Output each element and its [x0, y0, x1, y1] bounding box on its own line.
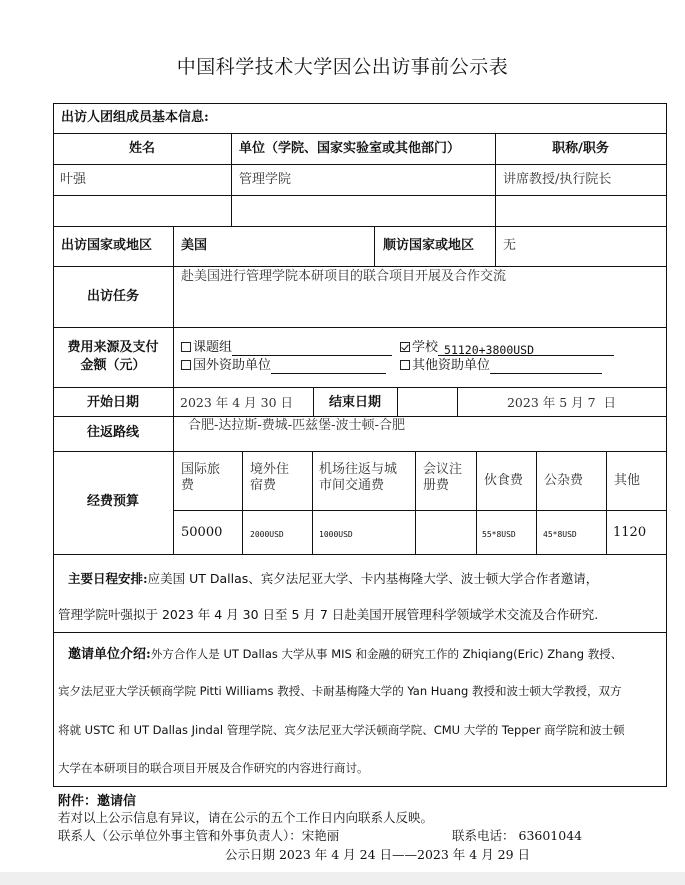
- header-unit: 单位（学院、国家实验室或其他部门）: [239, 141, 460, 157]
- member-title: 讲席教授/执行院长: [503, 172, 611, 188]
- funding-option-research-group[interactable]: 课题组: [181, 340, 392, 356]
- budget-header-conference: 会议注册费: [423, 462, 462, 494]
- transit-label: 顺访国家或地区: [383, 238, 474, 254]
- checkbox-unchecked-icon[interactable]: [181, 360, 191, 370]
- member-unit: 管理学院: [239, 172, 291, 188]
- budget-header-intl-travel: 国际旅费: [181, 462, 220, 494]
- route-label: 往返路线: [53, 425, 173, 441]
- checkbox-checked-icon[interactable]: [400, 342, 410, 352]
- budget-value-transport: 1000USD: [319, 527, 353, 543]
- header-name: 姓名: [53, 141, 231, 157]
- funding-option-school[interactable]: 学校51120+3800USD: [400, 340, 614, 356]
- member-name: 叶强: [60, 172, 86, 188]
- destination-label: 出访国家或地区: [61, 238, 152, 254]
- page-title: 中国科学技术大学因公出访事前公示表: [0, 52, 685, 79]
- attachment-label: 附件：邀请信: [58, 790, 136, 809]
- start-date-value: 2023 年 4 月 30 日: [180, 395, 293, 411]
- destination-value: 美国: [181, 238, 207, 254]
- task-label: 出访任务: [53, 289, 173, 305]
- header-title: 职称/职务: [495, 141, 666, 157]
- budget-header-meals: 伙食费: [484, 473, 523, 489]
- contact-person: 联系人（公示单位外事主管和外事负责人）：宋艳丽: [58, 826, 339, 844]
- checkbox-unchecked-icon[interactable]: [181, 342, 191, 352]
- invitation-line-3: 将就 USTC 和 UT Dallas Jindal 管理学院、宾夕法尼亚大学沃…: [58, 722, 625, 738]
- invitation-line-1: 邀请单位介绍:外方合作人是 UT Dallas 大学从事 MIS 和金融的研究工…: [68, 643, 622, 662]
- schedule-line-2: 管理学院叶强拟于 2023 年 4 月 30 日至 5 月 7 日赴美国开展管理…: [58, 605, 598, 623]
- school-amount: 51120+3800USD: [438, 344, 614, 356]
- funding-label-1: 费用来源及支付: [53, 340, 173, 356]
- budget-value-other: 1120: [613, 525, 646, 541]
- objection-notice: 若对以上公示信息有异议，请在公示的五个工作日内向联系人反映。: [58, 808, 433, 826]
- checkbox-unchecked-icon[interactable]: [400, 360, 410, 370]
- invitation-label: 邀请单位介绍:: [68, 647, 151, 662]
- funding-option-other-sponsor[interactable]: 其他资助单位: [400, 358, 602, 374]
- budget-header-transport: 机场往返与城市间交通费: [319, 462, 397, 494]
- amount-blank: [271, 361, 386, 374]
- start-date-label: 开始日期: [53, 395, 173, 411]
- members-section-label: 出访人团组成员基本信息:: [61, 110, 209, 126]
- budget-header-other: 其他: [614, 473, 640, 489]
- budget-value-meals: 55*8USD: [482, 527, 516, 543]
- end-date-value: 2023 年 5 月 7 日: [457, 395, 666, 411]
- budget-header-lodging: 境外住宿费: [250, 462, 289, 494]
- end-date-label: 结束日期: [313, 395, 397, 411]
- page-bottom-margin: [0, 872, 685, 885]
- schedule-line-1: 主要日程安排:应美国 UT Dallas、宾夕法尼亚大学、卡内基梅隆大学、波士顿…: [68, 569, 598, 587]
- contact-phone: 联系电话： 63601044: [452, 826, 582, 844]
- amount-blank: [490, 361, 602, 374]
- route-value: 合肥-达拉斯-费城-匹兹堡-波士顿-合肥: [188, 418, 405, 434]
- budget-header-misc: 公杂费: [544, 473, 583, 489]
- funding-label-2: 金额（元）: [53, 358, 173, 374]
- transit-value: 无: [503, 238, 516, 254]
- amount-blank: [232, 343, 392, 356]
- budget-value-intl-travel: 50000: [181, 525, 222, 541]
- budget-label: 经费预算: [53, 494, 173, 510]
- budget-value-misc: 45*8USD: [543, 527, 577, 543]
- schedule-label: 主要日程安排:: [68, 571, 148, 586]
- publish-period: 公示日期 2023 年 4 月 24 日——2023 年 4 月 29 日: [225, 845, 530, 863]
- funding-option-foreign-sponsor[interactable]: 国外资助单位: [181, 358, 386, 374]
- invitation-line-4: 大学在本研项目的联合项目开展及合作研究的内容进行商讨。: [58, 760, 369, 776]
- budget-value-lodging: 2000USD: [250, 527, 284, 543]
- invitation-line-2: 宾夕法尼亚大学沃顿商学院 Pitti Williams 教授、卡耐基梅隆大学的 …: [58, 683, 622, 699]
- task-value: 赴美国进行管理学院本研项目的联合项目开展及合作交流: [181, 269, 506, 285]
